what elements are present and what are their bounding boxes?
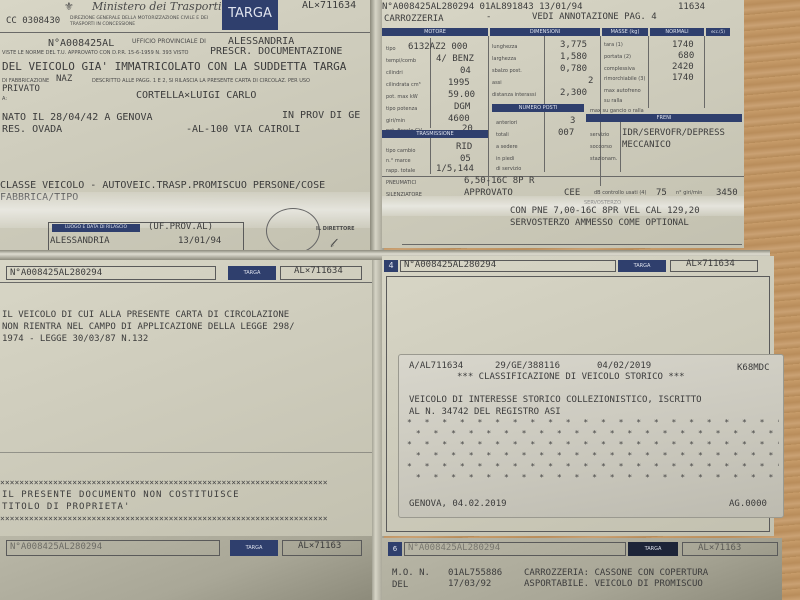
- doc-number: N°A008425AL280294: [10, 268, 102, 278]
- width: 1,580: [560, 52, 587, 62]
- issuing-office: (UF.PROV.AL): [148, 222, 213, 232]
- ministry-title: Ministero dei Trasporti: [92, 0, 222, 13]
- pneumatici-label: PNEUMATICI: [386, 180, 416, 186]
- plate-partial: 11634: [678, 2, 705, 12]
- star-fill-pattern: * * * * * * * * * * * * * * * * * * * * …: [407, 417, 779, 485]
- birth-province: IN PROV DI GE: [282, 110, 360, 121]
- del-label: DEL: [392, 580, 408, 590]
- x-border-top: ××××××××××××××××××××××××××××××××××××××××…: [0, 478, 372, 487]
- owner-name: CORTELLA×LUIGI CARLO: [136, 90, 256, 101]
- tyres: 6,50-16C 8P R: [464, 176, 534, 186]
- historic-vehicle-sticker: A/AL711634 29/GE/388116 04/02/2019 K68MD…: [398, 354, 784, 518]
- signature-icon: 𝓁: [330, 236, 334, 251]
- header-line: N°A008425AL280294 01AL891843 13/01/94: [382, 2, 582, 12]
- payload: 680: [678, 51, 694, 61]
- engine-strokes-fuel: 4/ BENZ: [436, 54, 474, 64]
- page-number: 6: [388, 542, 402, 556]
- masse-header: MASSE (kg): [602, 28, 648, 36]
- gear-ratio: 1/5,144: [436, 164, 474, 174]
- plate-number: AL×71163: [298, 541, 341, 551]
- descritto: DESCRITTO ALLE PAGG. 1 E 2, SI RILASCIA …: [92, 78, 310, 84]
- mo-label: M.O. N.: [392, 568, 430, 578]
- doc-number: N°A008425AL280294: [404, 260, 496, 270]
- directorate: DIREZIONE GENERALE DELLA MOTORIZZAZIONE …: [70, 16, 220, 28]
- doc-number: N°A008425AL: [48, 38, 114, 49]
- text-line-3: 1974 - LEGGE 30/03/87 N.132: [2, 334, 148, 344]
- engine-cylinders: 04: [460, 66, 471, 76]
- sticker-agency: AG.0000: [729, 499, 767, 509]
- carrozzeria-note: CARROZZERIA: CASSONE CON COPERTURA: [524, 568, 708, 578]
- vehicle-class: CLASSE VEICOLO - AUTOVEIC.TRASP.PROMISCU…: [0, 180, 325, 191]
- official-stamp-icon: [266, 208, 320, 254]
- total-seats: 007: [558, 128, 574, 138]
- doc-number: N°A008425AL280294: [10, 542, 102, 552]
- sticker-line-2: AL N. 34742 DEL REGISTRO ASI: [409, 407, 561, 417]
- a-label: A:: [2, 96, 7, 102]
- issue-date: 13/01/94: [178, 236, 221, 246]
- rear-overhang: 0,780: [560, 64, 587, 74]
- prescr: PRESCR. DOCUMENTAZIONE: [210, 46, 342, 57]
- panel-bottom-left: N°A008425AL280294 TARGA AL×71163: [0, 536, 372, 600]
- panel-top-left: ⚜ Ministero dei Trasporti CC 0308430 DIR…: [0, 0, 372, 256]
- wheelbase: 2,300: [560, 88, 587, 98]
- ownership-notice-2: TITOLO DI PROPRIETA': [2, 502, 130, 512]
- plate-number: AL×711634: [302, 0, 356, 11]
- engine-rpm: 4600: [448, 114, 470, 124]
- towable-weight: 1740: [672, 73, 694, 83]
- trasmissione-header: TRASMISSIONE: [382, 130, 488, 138]
- sticker-date: 04/02/2019: [597, 361, 651, 371]
- sticker-code: K68MDC: [737, 363, 770, 373]
- plate-number: AL×711634: [686, 259, 735, 269]
- length: 3,775: [560, 40, 587, 50]
- doc-number: N°A008425AL280294: [408, 543, 500, 553]
- mo-number: 01AL755886: [448, 568, 502, 578]
- targa-badge: TARGA: [230, 540, 278, 556]
- targa-badge: TARGA: [618, 260, 666, 272]
- luogo-label: LUOGO E DATA DI RILASCIO: [52, 224, 140, 232]
- page-number: 4: [384, 260, 398, 272]
- text-line-2: NON RIENTRA NEL CAMPO DI APPLICAZIONE DE…: [2, 322, 295, 332]
- plate-number: AL×71163: [698, 543, 741, 553]
- ownership-notice-1: IL PRESENTE DOCUMENTO NON COSTITUISCE: [2, 490, 239, 500]
- gear-count: 05: [460, 154, 471, 164]
- targa-badge: TARGA: [628, 542, 678, 556]
- panel-mid-left: N°A008425AL280294 TARGA AL×711634 IL VEI…: [0, 260, 372, 540]
- engine-displacement: 1995: [448, 78, 470, 88]
- director-label: IL DIRETTORE: [316, 226, 355, 232]
- residence: RES. OVADA: [2, 124, 62, 135]
- dimensioni-header: DIMENSIONI: [490, 28, 600, 36]
- asportabile-note: ASPORTABILE. VEICOLO DI PROMISCUO: [524, 579, 703, 589]
- plate-number: AL×711634: [294, 266, 343, 276]
- vehicle-line: DEL VEICOLO GIA' IMMATRICOLATO CON LA SU…: [2, 60, 346, 73]
- targa-badge: TARGA: [222, 0, 278, 30]
- targa-badge: TARGA: [228, 266, 276, 280]
- sticker-title: *** CLASSIFICAZIONE DI VEICOLO STORICO *…: [457, 372, 685, 382]
- sticker-place-date: GENOVA, 04.02.2019: [409, 499, 507, 509]
- note-2: SERVOSTERZO AMMESSO COME OPTIONAL: [510, 218, 689, 228]
- del-date: 17/03/92: [448, 579, 491, 589]
- gearbox-type: RID: [456, 142, 472, 152]
- address: -AL-100 VIA CAIROLI: [186, 124, 300, 135]
- gross-weight: 2420: [672, 62, 694, 72]
- sticker-protocol: 29/GE/388116: [495, 361, 560, 371]
- birth-info: NATO IL 28/04/42 A GENOVA: [2, 112, 153, 123]
- normali-header: NORMALI: [650, 28, 704, 36]
- posti-header: NUMERO POSTI: [492, 104, 584, 112]
- emergency-brake: MECCANICO: [622, 140, 671, 150]
- uso: PRIVATO: [2, 84, 40, 94]
- fabbricazione: NAZ: [56, 74, 72, 84]
- panel-bottom-right: 6 N°A008425AL280294 TARGA AL×71163 M.O. …: [382, 538, 782, 600]
- carrozzeria-dash: -: [486, 12, 491, 22]
- service-brake: IDR/SERVOFR/DEPRESS: [622, 128, 725, 138]
- motore-header: MOTORE: [382, 28, 488, 36]
- engine-type: 6132AZ2 000: [408, 42, 468, 52]
- sticker-line-1: VEICOLO DI INTERESSE STORICO COLLEZIONIS…: [409, 395, 702, 405]
- issue-place: ALESSANDRIA: [50, 236, 110, 246]
- axles: 2: [588, 76, 593, 86]
- x-border-bottom: ××××××××××××××××××××××××××××××××××××××××…: [0, 514, 372, 523]
- ministry-emblem-icon: ⚜: [64, 0, 74, 13]
- freni-header: FRENI: [586, 114, 742, 122]
- serial-number: CC 0308430: [6, 16, 60, 26]
- office-label: UFFICIO PROVINCIALE DI: [132, 38, 206, 45]
- note-1: CON PNE 7,00-16C 8PR VEL CAL 129,20: [510, 206, 700, 216]
- sticker-plate-ref: A/AL711634: [409, 361, 463, 371]
- engine-power-kw: 59.00: [448, 90, 475, 100]
- annotation-ref: VEDI ANNOTAZIONE PAG. 4: [532, 12, 657, 22]
- tare-weight: 1740: [672, 40, 694, 50]
- panel-top-right: N°A008425AL280294 01AL891843 13/01/94 11…: [382, 0, 744, 248]
- front-seats: 3: [570, 116, 575, 126]
- legal-note: VISTE LE NORME DEL T.U. APPROVATO CON D.…: [2, 50, 188, 56]
- power-type: DGM: [454, 102, 470, 112]
- extra-header: ecc.(5): [706, 28, 730, 36]
- text-line-1: IL VEICOLO DI CUI ALLA PRESENTE CARTA DI…: [2, 310, 289, 320]
- carrozzeria-label: CARROZZERIA: [384, 14, 444, 24]
